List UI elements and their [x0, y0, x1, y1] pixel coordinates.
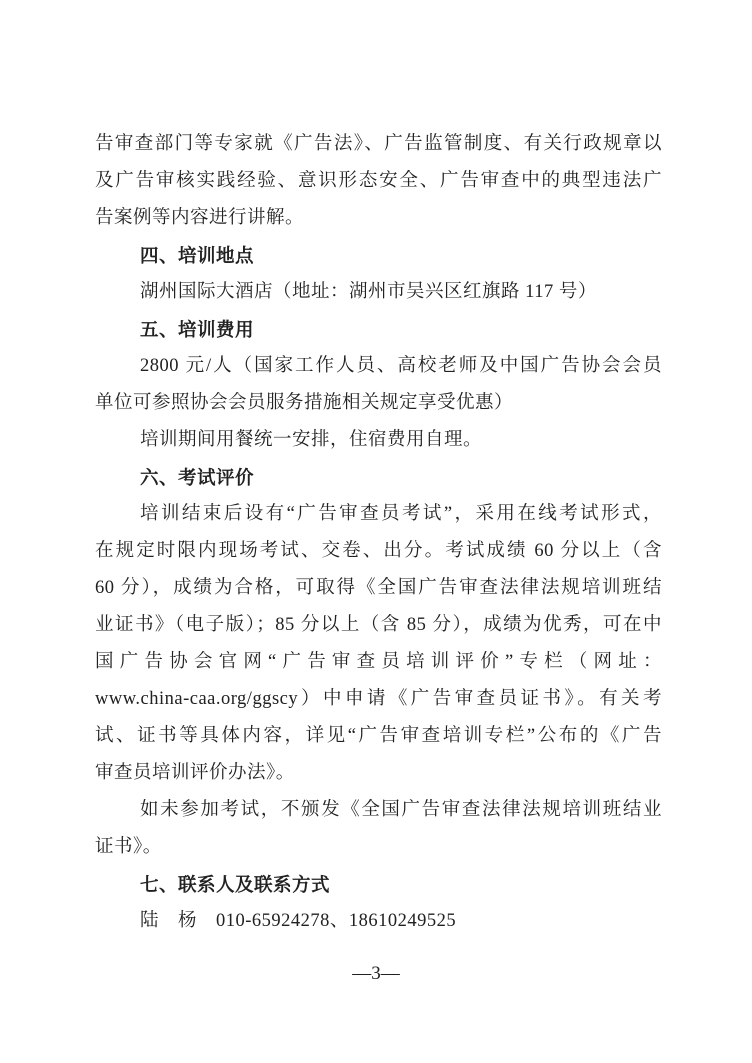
- page-number: —3—: [0, 955, 752, 992]
- text-line: 60 分），成绩为合格，可取得《全国广告审查法律法规培训班结: [95, 570, 662, 607]
- text-line: 2800 元/人（国家工作人员、高校老师及中国广告协会会员: [95, 348, 662, 385]
- text-line: 告审查部门等专家就《广告法》、广告监管制度、有关行政规章以: [95, 126, 662, 163]
- text-line: 证书》。: [95, 829, 662, 866]
- text-line: 培训期间用餐统一安排，住宿费用自理。: [95, 422, 662, 459]
- text-line: 业证书》（电子版）；85 分以上（含 85 分），成绩为优秀，可在中: [95, 607, 662, 644]
- text-line: 湖州国际大酒店（地址：湖州市吴兴区红旗路 117 号）: [95, 274, 662, 311]
- text-line: www.china-caa.org/ggscy）中申请《广告审查员证书》。有关考: [95, 681, 662, 718]
- document-body: 告审查部门等专家就《广告法》、广告监管制度、有关行政规章以及广告审核实践经验、意…: [95, 126, 662, 940]
- text-line: 培训结束后设有“广告审查员考试”，采用在线考试形式，: [95, 496, 662, 533]
- text-line: 在规定时限内现场考试、交卷、出分。考试成绩 60 分以上（含: [95, 533, 662, 570]
- text-line: 如未参加考试，不颁发《全国广告审查法律法规培训班结业: [95, 792, 662, 829]
- text-line: 试、证书等具体内容，详见“广告审查培训专栏”公布的《广告: [95, 718, 662, 755]
- text-line: 陆 杨 010-65924278、18610249525: [95, 903, 662, 940]
- text-line: 及广告审核实践经验、意识形态安全、广告审查中的典型违法广: [95, 163, 662, 200]
- section-heading: 七、联系人及联系方式: [95, 866, 662, 903]
- text-line: 审查员培训评价办法》。: [95, 755, 662, 792]
- text-line: 单位可参照协会会员服务措施相关规定享受优惠）: [95, 385, 662, 422]
- section-heading: 五、培训费用: [95, 311, 662, 348]
- text-line: 告案例等内容进行讲解。: [95, 200, 662, 237]
- text-line: 国广告协会官网“广告审查员培训评价”专栏（网址：: [95, 644, 662, 681]
- document-page: 告审查部门等专家就《广告法》、广告监管制度、有关行政规章以及广告审核实践经验、意…: [0, 0, 752, 1063]
- section-heading: 六、考试评价: [95, 459, 662, 496]
- section-heading: 四、培训地点: [95, 237, 662, 274]
